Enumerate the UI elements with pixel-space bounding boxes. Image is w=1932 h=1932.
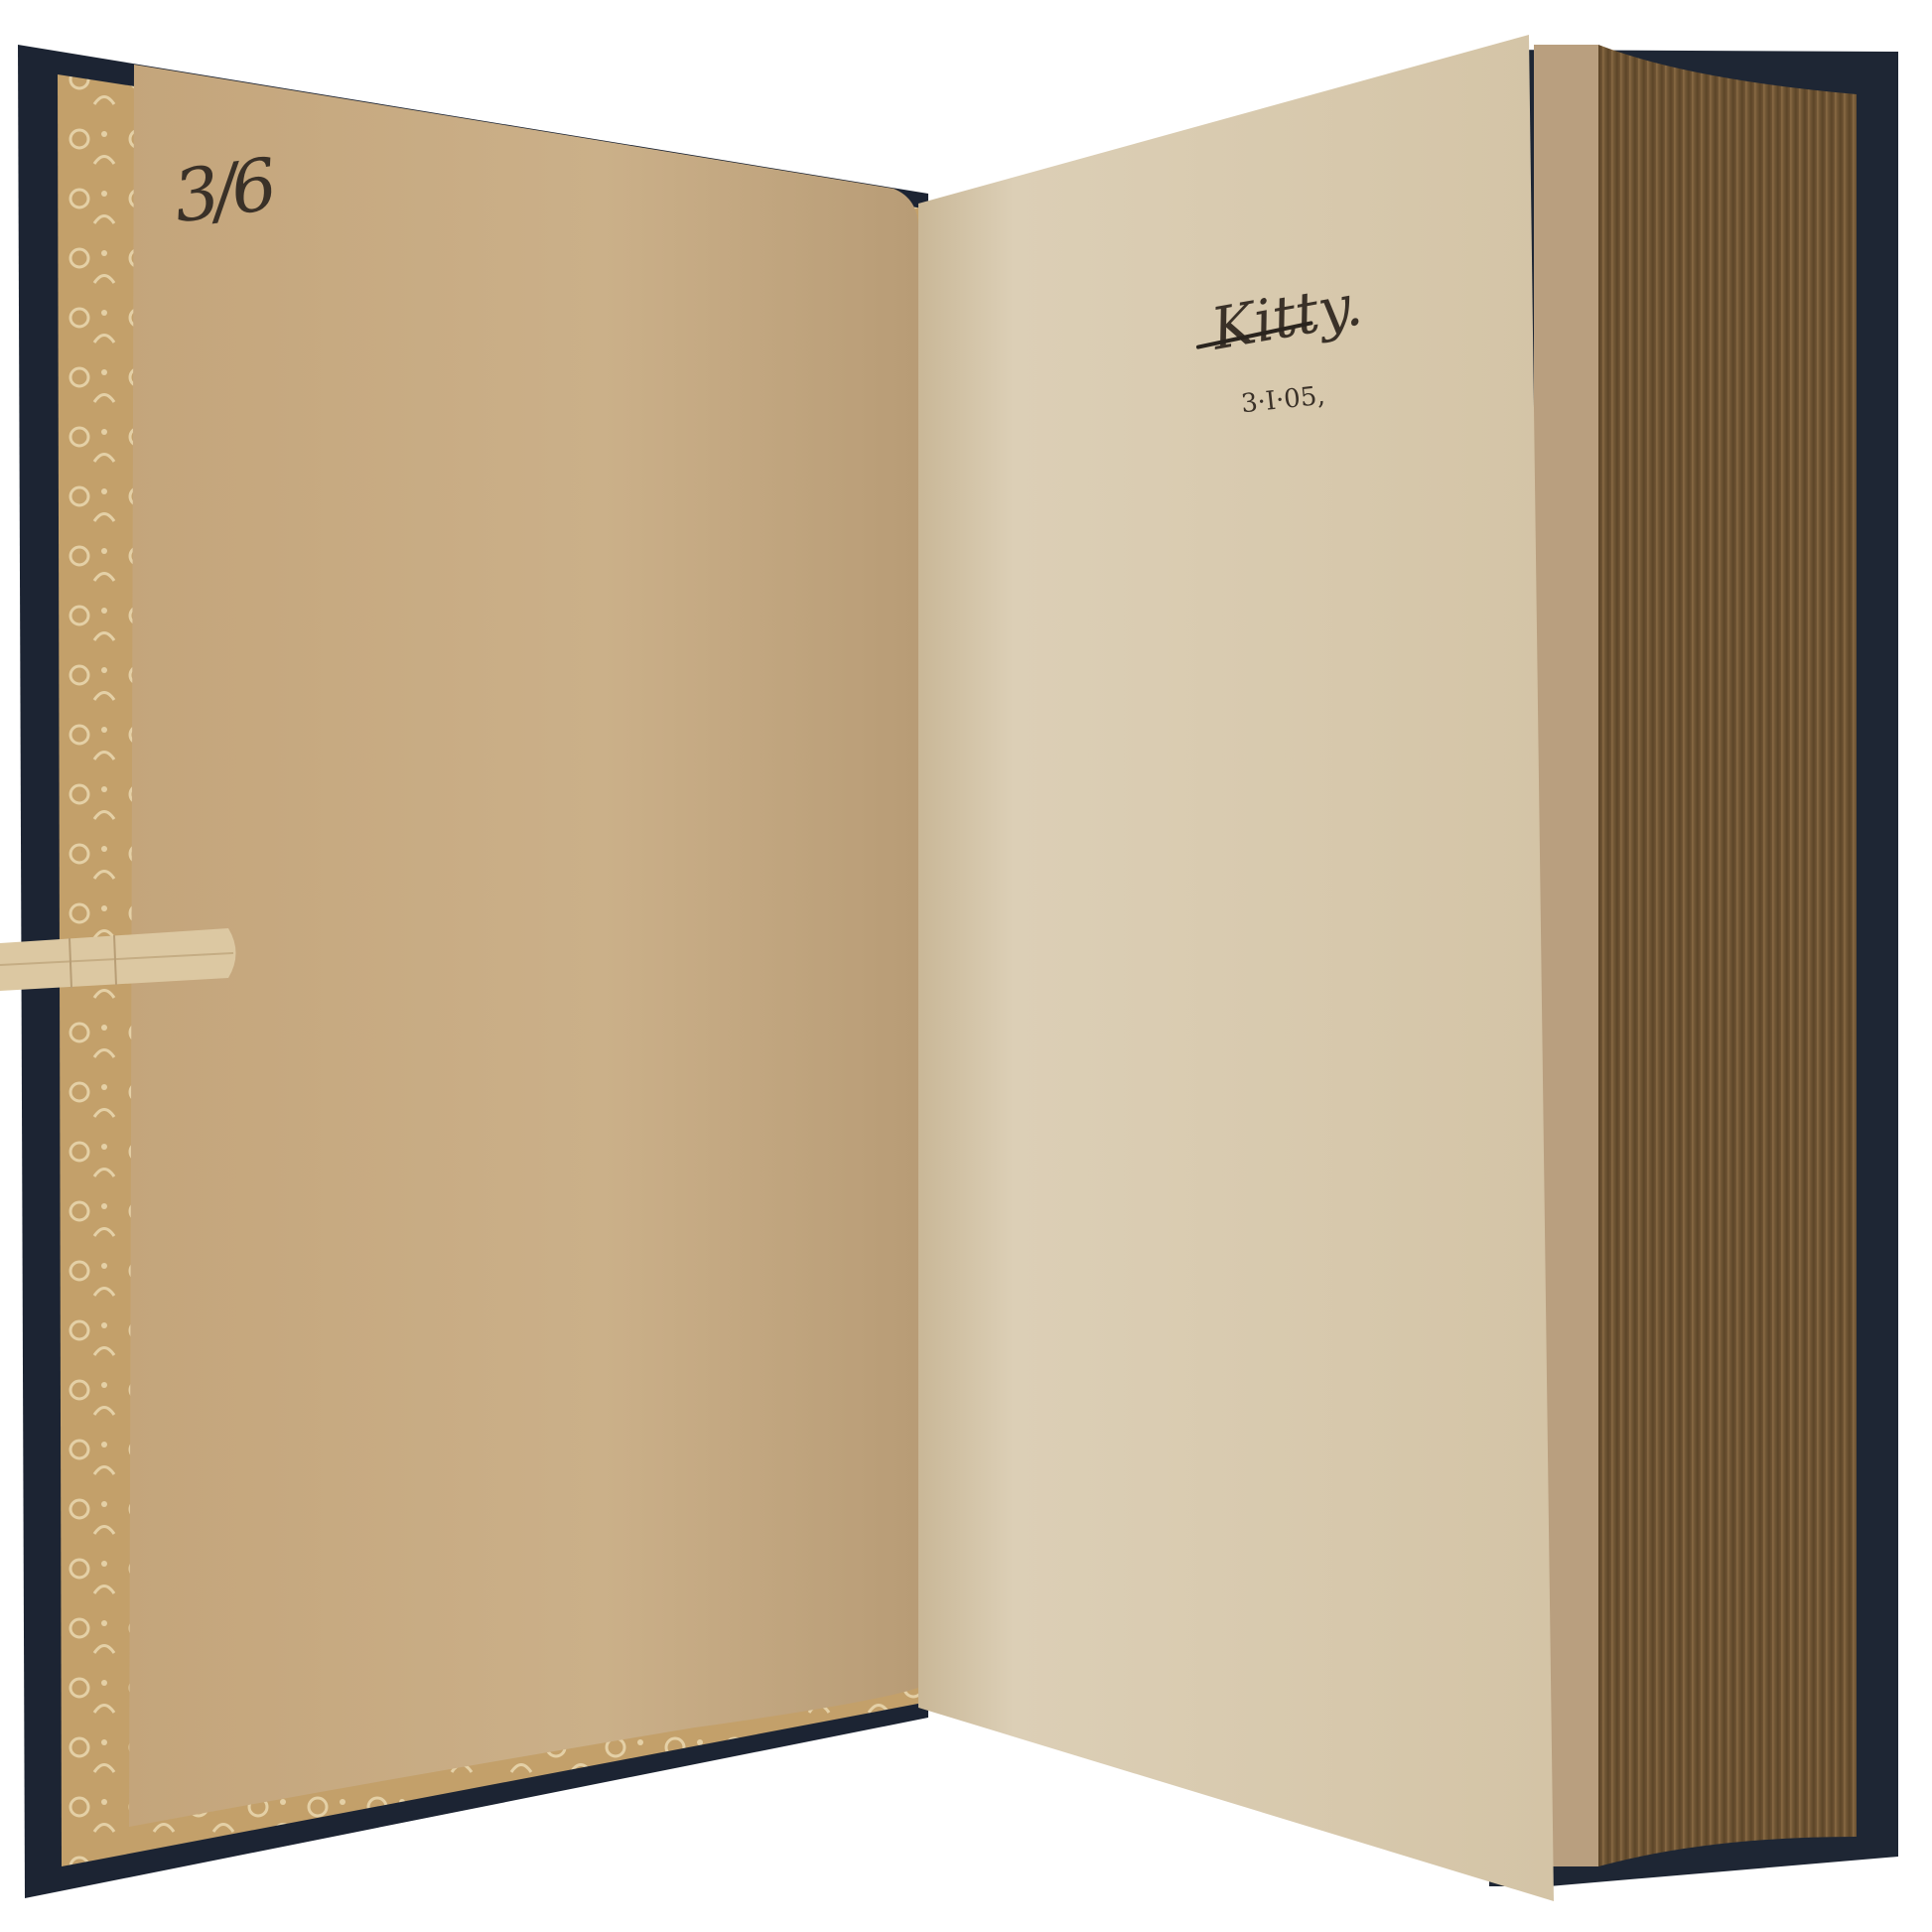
fore-edge [1534,45,1857,1866]
price-mark: 3/6 [169,143,277,239]
book-illustration [0,0,1932,1932]
left-page [129,65,918,1827]
